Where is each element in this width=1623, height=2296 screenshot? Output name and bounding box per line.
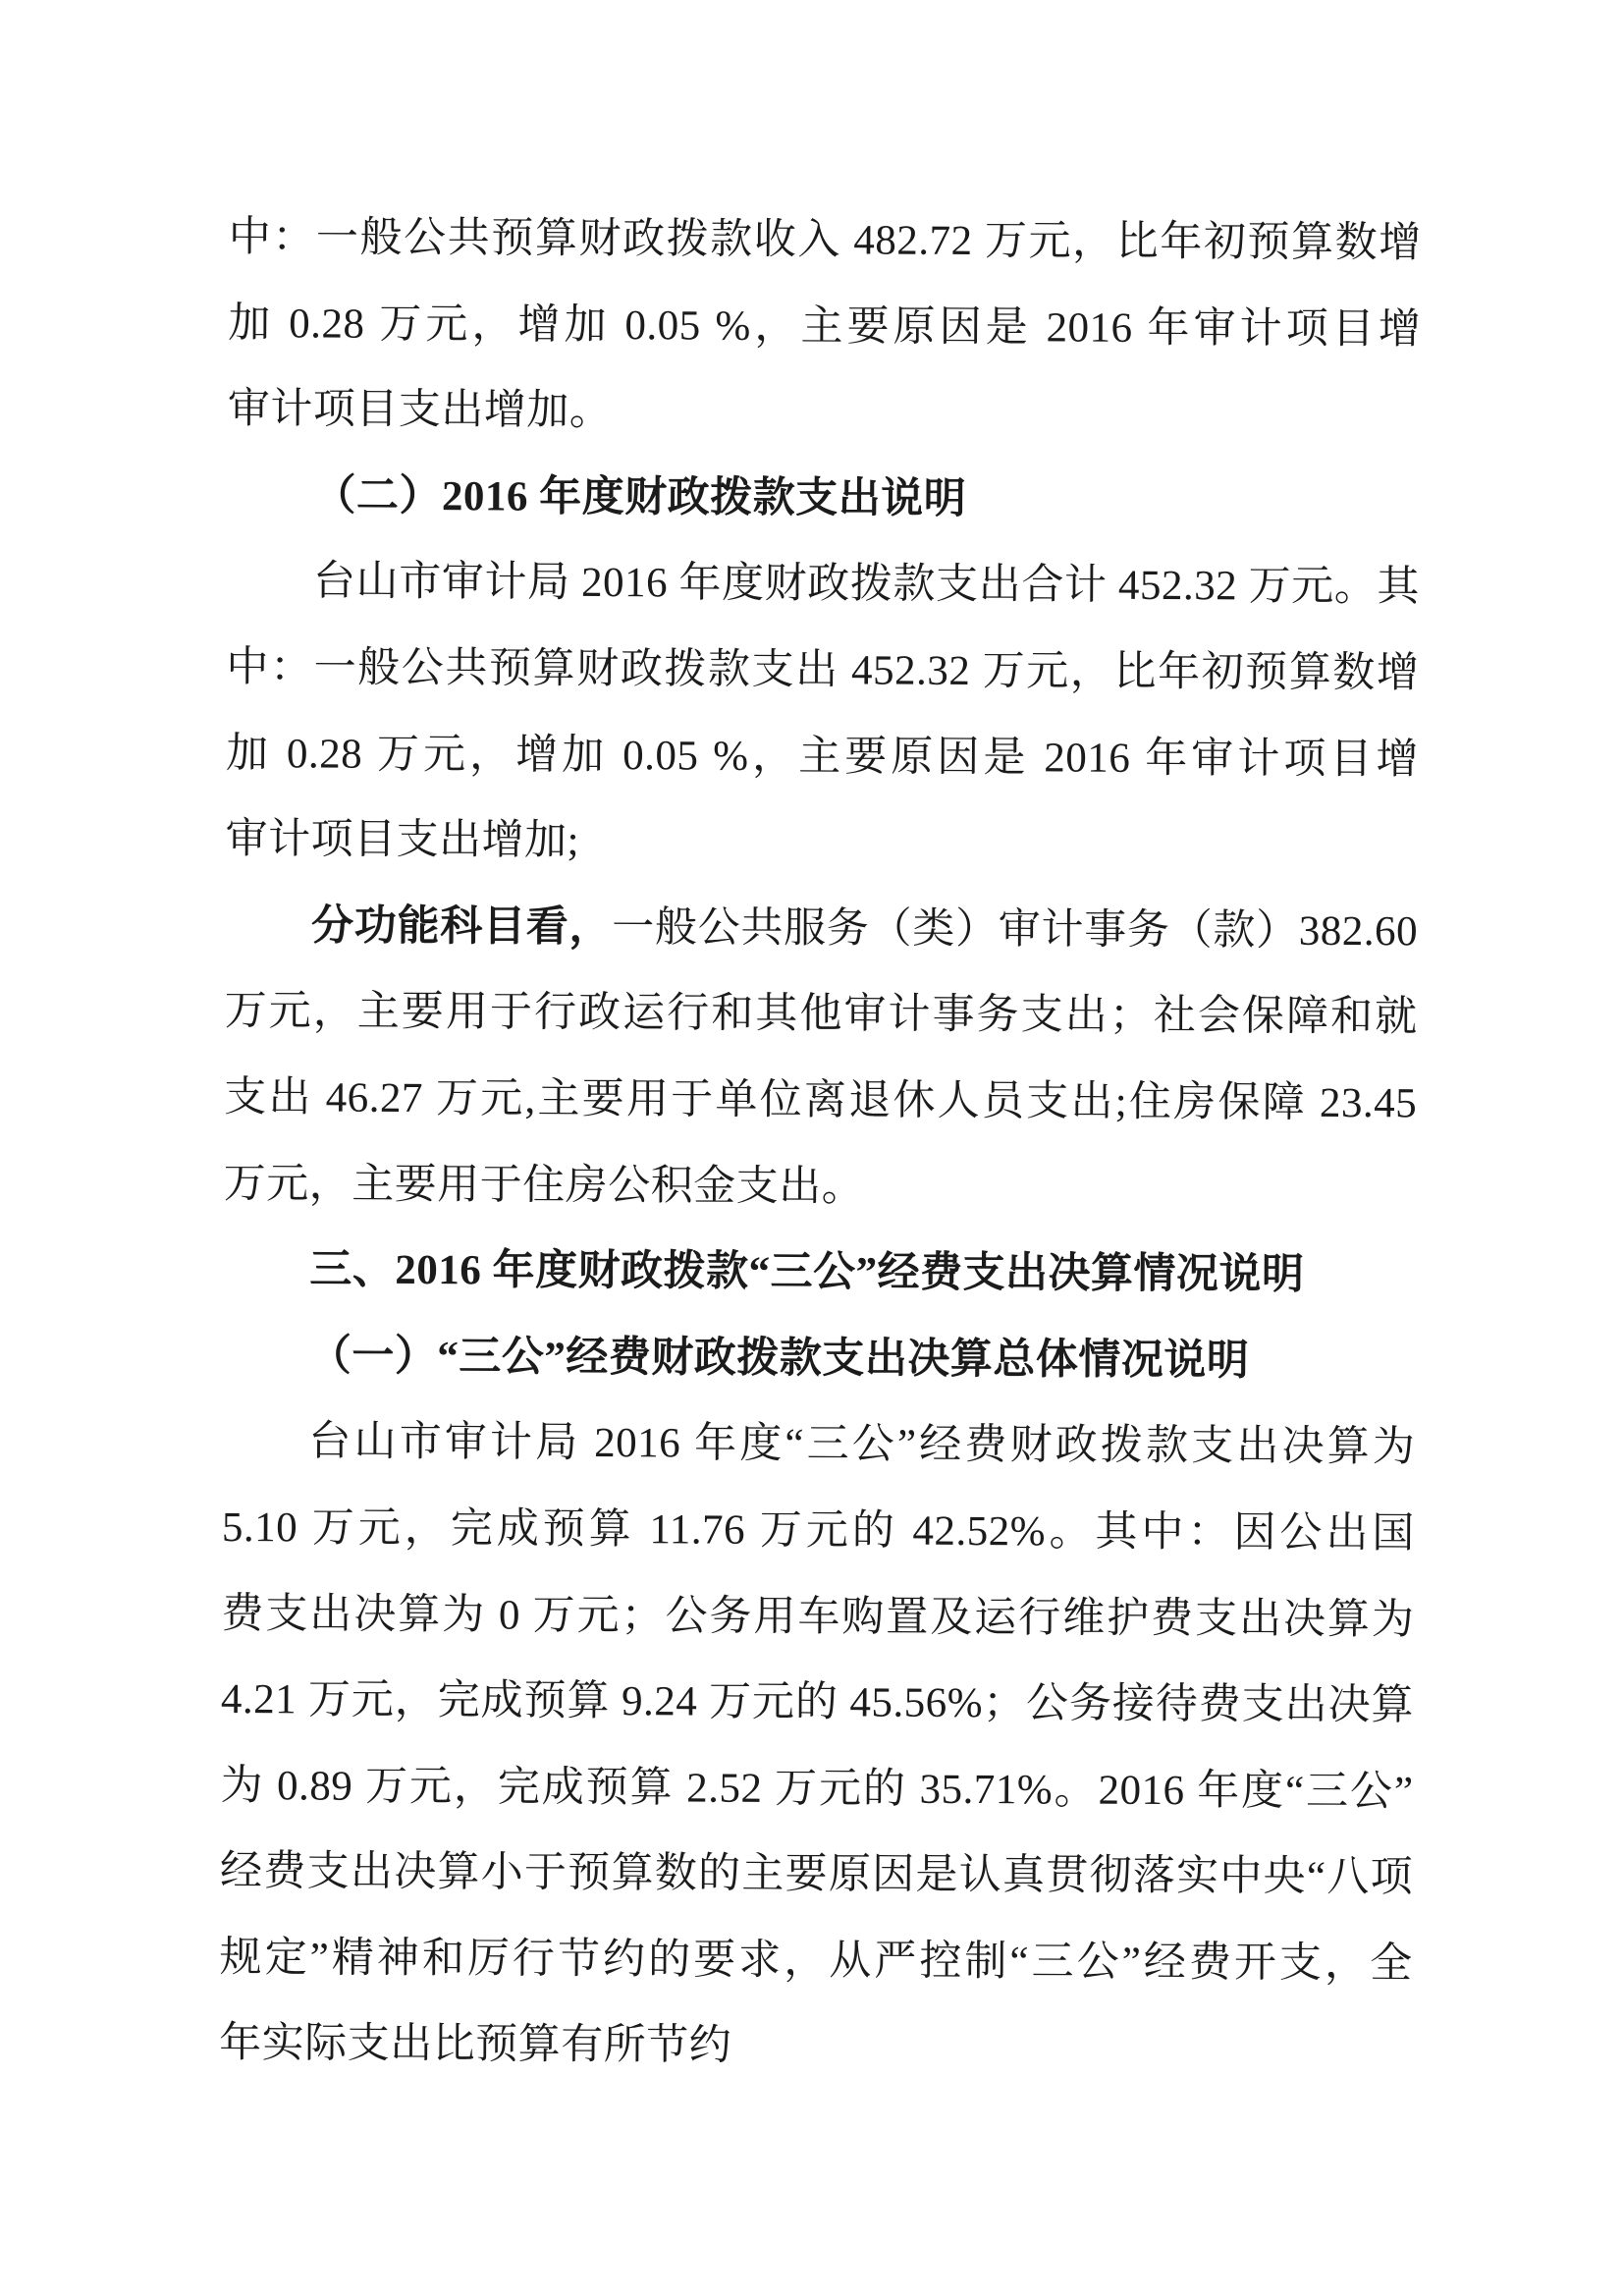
- text-line: 审计项目支出增加;: [225, 796, 1418, 889]
- text-line: 加 0.28 万元，增加 0.05 %，主要原因是 2016 年审计项目增加，: [226, 711, 1419, 803]
- text-line: 审计项目支出增加。: [228, 366, 1421, 459]
- text-line: 支出 46.27 万元,主要用于单位离退休人员支出;住房保障 23.45: [224, 1055, 1417, 1147]
- document-text-block: 中：一般公共预算财政拨款收入 482.72 万元，比年初预算数增加 0.28 万…: [219, 194, 1422, 2093]
- text-line: 规定”精神和厉行节约的要求，从严控制“三公”经费开支，全: [219, 1915, 1412, 2007]
- text-line: 4.21 万元，完成预算 9.24 万元的 45.56%；公务接待费支出决算: [221, 1657, 1414, 1749]
- text-line: 5.10 万元，完成预算 11.76 万元的 42.52%。其中：因公出国（境）: [222, 1485, 1415, 1577]
- text-line: 年实际支出比预算有所节约: [219, 2000, 1412, 2093]
- text-line: 加 0.28 万元，增加 0.05 %，主要原因是 2016 年审计项目增加，: [228, 281, 1421, 373]
- heading-line: （一）“三公”经费财政拨款支出决算总体情况说明: [223, 1313, 1416, 1405]
- text-line: 中：一般公共预算财政拨款收入 482.72 万元，比年初预算数增: [229, 194, 1422, 287]
- text-line: 台山市审计局 2016 年度财政拨款支出合计 452.32 万元。其: [227, 538, 1420, 630]
- bold-run: 分功能科目看，: [311, 902, 612, 951]
- text-line: 费支出决算为 0 万元；公务用车购置及运行维护费支出决算为: [221, 1570, 1414, 1663]
- text-line: 中：一般公共预算财政拨款支出 452.32 万元，比年初预算数增: [226, 625, 1419, 717]
- text-line: 台山市审计局 2016 年度“三公”经费财政拨款支出决算为: [222, 1398, 1415, 1491]
- document-page: 中：一般公共预算财政拨款收入 482.72 万元，比年初预算数增加 0.28 万…: [0, 0, 1623, 2296]
- heading-line: 三、2016 年度财政拨款“三公”经费支出决算情况说明: [223, 1227, 1416, 1319]
- text-line: 万元，主要用于行政运行和其他审计事务支出；社会保障和就业: [224, 968, 1417, 1061]
- text-line: 经费支出决算小于预算数的主要原因是认真贯彻落实中央“八项: [220, 1829, 1413, 1921]
- text-line: 为 0.89 万元，完成预算 2.52 万元的 35.71%。2016 年度“三…: [220, 1743, 1413, 1835]
- text-line: 万元，主要用于住房公积金支出。: [223, 1141, 1416, 1233]
- text-line: 分功能科目看，一般公共服务（类）审计事务（款）382.60: [225, 883, 1418, 975]
- heading-line: （二）2016 年度财政拨款支出说明: [227, 453, 1420, 545]
